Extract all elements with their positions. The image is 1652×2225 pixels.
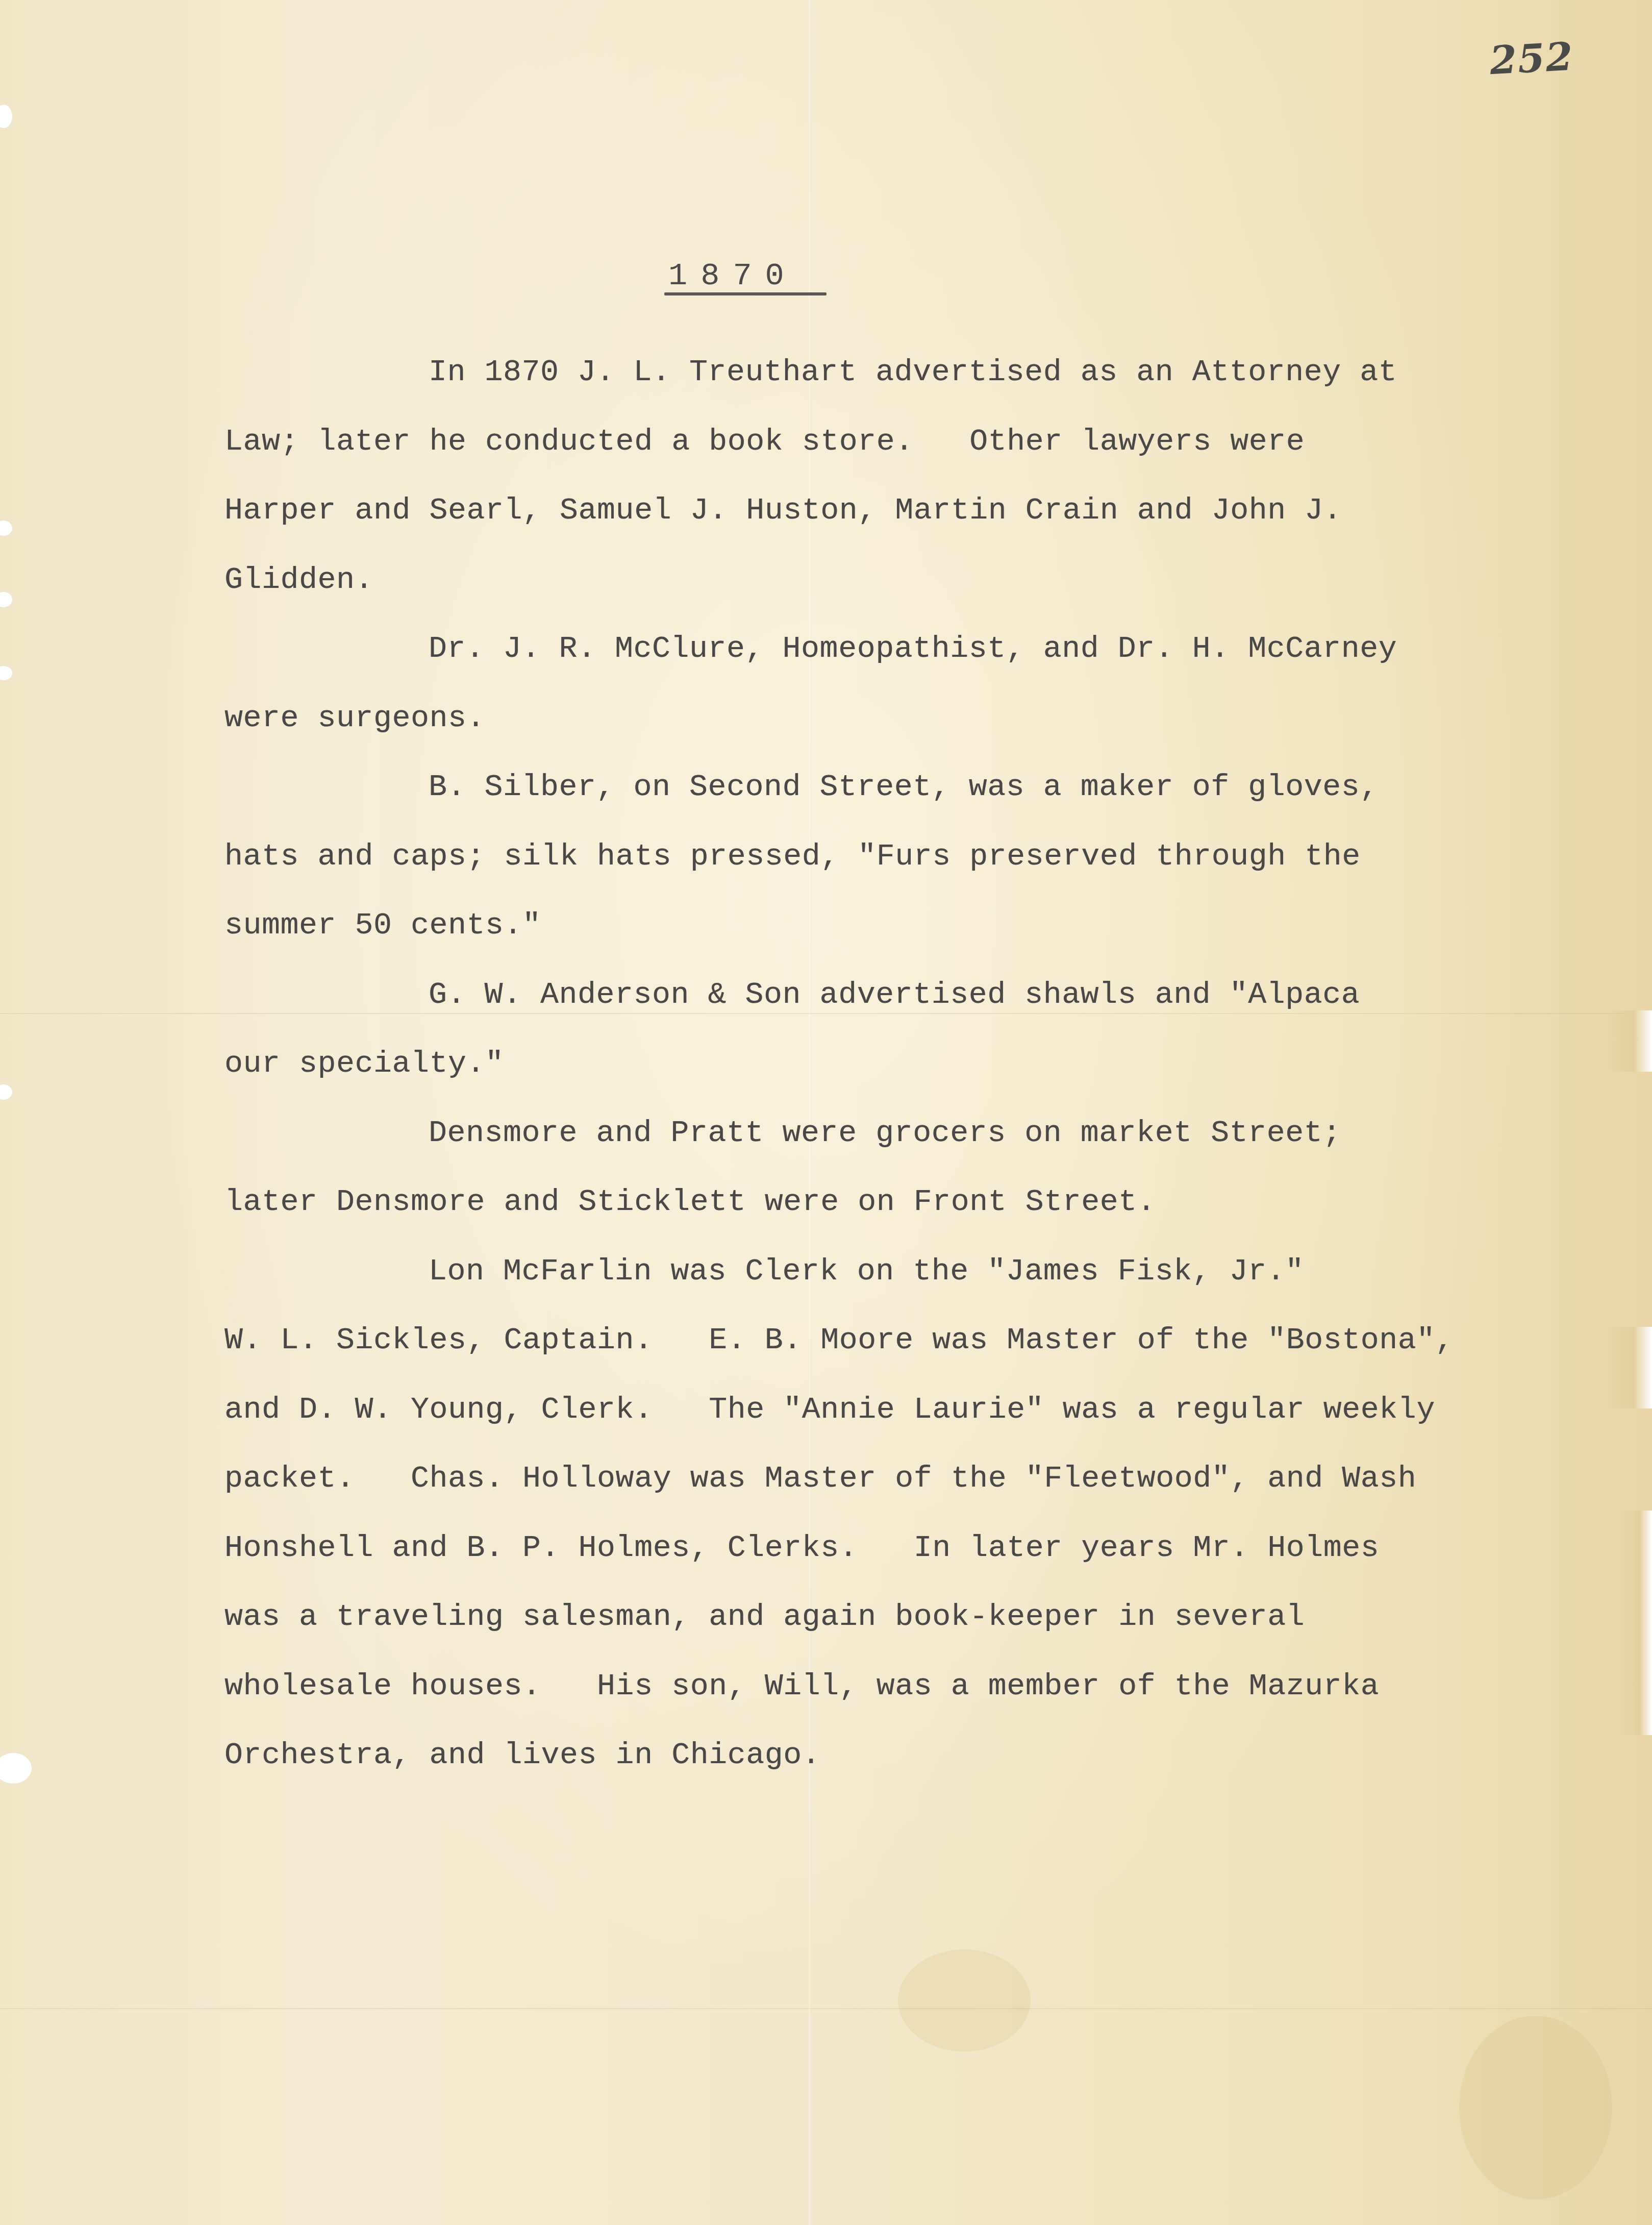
heading-underline [664, 292, 827, 295]
text-line: were surgeons. [224, 703, 1602, 773]
torn-edge [1606, 1010, 1652, 1072]
text-line: Lon McFarlin was Clerk on the "James Fis… [224, 1256, 1602, 1326]
text-line: hats and caps; silk hats pressed, "Furs … [224, 842, 1602, 911]
text-line: W. L. Sickles, Captain. E. B. Moore was … [224, 1325, 1602, 1395]
text-line: Law; later he conducted a book store. Ot… [224, 427, 1602, 496]
text-line: Dr. J. R. McClure, Homeopathist, and Dr.… [224, 634, 1602, 703]
typed-body: In 1870 J. L. Treuthart advertised as an… [224, 357, 1602, 1810]
text-line: Densmore and Pratt were grocers on marke… [224, 1118, 1602, 1188]
text-line: B. Silber, on Second Street, was a maker… [224, 772, 1602, 842]
page-number: 252 [1489, 34, 1575, 83]
text-line: our specialty." [224, 1049, 1602, 1118]
text-line: Harper and Searl, Samuel J. Huston, Mart… [224, 496, 1602, 565]
text-line: and D. W. Young, Clerk. The "Annie Lauri… [224, 1395, 1602, 1464]
text-line: G. W. Anderson & Son advertised shawls a… [224, 980, 1602, 1049]
text-line: was a traveling salesman, and again book… [224, 1602, 1602, 1671]
text-line: wholesale houses. His son, Will, was a m… [224, 1671, 1602, 1741]
text-line: Honshell and B. P. Holmes, Clerks. In la… [224, 1533, 1602, 1602]
text-line: summer 50 cents." [224, 910, 1602, 980]
text-line: later Densmore and Sticklett were on Fro… [224, 1187, 1602, 1256]
torn-edge [1621, 1511, 1652, 1735]
text-line: Glidden. [224, 565, 1602, 634]
text-line: Orchestra, and lives in Chicago. [224, 1740, 1602, 1810]
water-stain [898, 1949, 1031, 2051]
text-line: packet. Chas. Holloway was Master of the… [224, 1464, 1602, 1533]
torn-edge [1606, 1327, 1652, 1408]
water-stain [1459, 2016, 1612, 2199]
fold-crease [0, 2008, 1652, 2009]
page-heading-year: 1870 [668, 258, 797, 294]
text-line: In 1870 J. L. Treuthart advertised as an… [224, 357, 1602, 427]
